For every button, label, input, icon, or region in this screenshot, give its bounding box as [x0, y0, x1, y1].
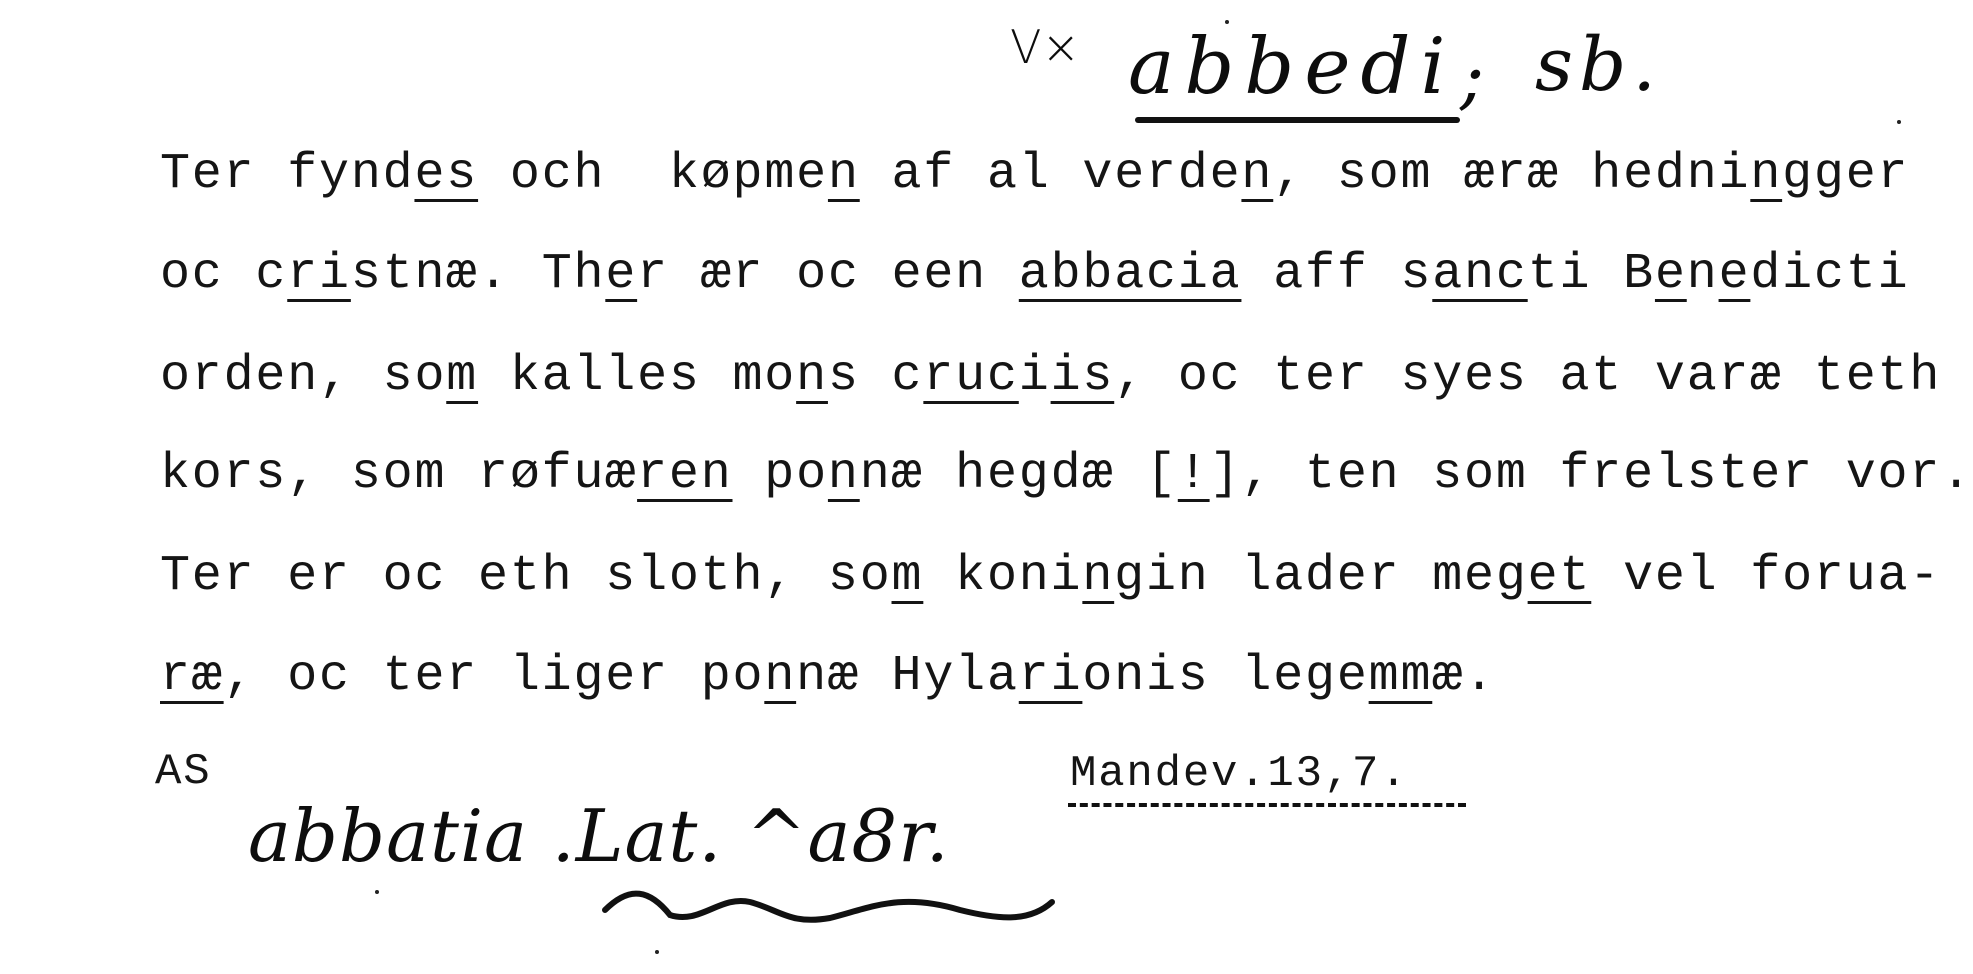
handwritten-headword: abbedi [1128, 28, 1455, 106]
underlined-segment: anc [1432, 246, 1527, 303]
text-segment: kalles mo [478, 348, 796, 405]
text-segment: s c [828, 348, 923, 405]
text-segment: næ hegdæ [ [860, 446, 1178, 503]
underlined-segment: es [414, 146, 478, 203]
underlined-segment: ! [1178, 446, 1210, 503]
underlined-segment: mm [1369, 648, 1433, 705]
text-segment: vel forua- [1591, 548, 1941, 605]
text-segment: dicti [1750, 246, 1909, 303]
underlined-segment: n [1082, 548, 1114, 605]
underlined-segment: m [892, 548, 924, 605]
text-segment: r ær oc een [637, 246, 1019, 303]
speck [1897, 120, 1901, 124]
typed-line: Ter fyndes och køpmen af al verden, som … [160, 150, 1909, 200]
headword-underline [1135, 117, 1460, 123]
underlined-segment: n [1750, 146, 1782, 203]
text-segment: næ Hyla [796, 648, 1019, 705]
text-segment: af al verde [860, 146, 1242, 203]
handwritten-etymology-note: abbatia .Lat. ^a8r. [248, 800, 950, 872]
text-segment: Ter er oc eth sloth, so [160, 548, 892, 605]
text-segment: onis lege [1082, 648, 1368, 705]
underlined-segment: e [1655, 246, 1687, 303]
text-segment: ], ten som frelster vor. [1210, 446, 1973, 503]
underlined-segment: e [1719, 246, 1751, 303]
underlined-segment: ren [637, 446, 732, 503]
underlined-segment: n [828, 446, 860, 503]
text-segment: orden, so [160, 348, 446, 405]
underlined-segment: ræ [160, 648, 224, 705]
underlined-segment: m [446, 348, 478, 405]
text-segment: , oc ter syes at varæ teth [1114, 348, 1941, 405]
underlined-segment: et [1528, 548, 1592, 605]
text-segment: , som æræ hedni [1273, 146, 1750, 203]
typed-line: kors, som røfuæren ponnæ hegdæ [!], ten … [160, 450, 1973, 500]
text-segment: stnæ. Th [351, 246, 605, 303]
part-of-speech: sb. [1535, 28, 1662, 102]
headword-punctuation: ; [1460, 40, 1484, 112]
speck [655, 950, 659, 954]
underlined-segment: abbacia [1019, 246, 1242, 303]
text-segment: ti B [1528, 246, 1655, 303]
typed-line: ræ, oc ter liger ponnæ Hylarionis legemm… [160, 652, 1496, 702]
handwritten-check-mark: V× [1010, 24, 1080, 70]
text-segment: koni [923, 548, 1082, 605]
text-segment: gin lader meg [1114, 548, 1527, 605]
speck [1225, 20, 1229, 24]
underlined-segment: ruc [923, 348, 1018, 405]
underlined-segment: e [605, 246, 637, 303]
text-segment: och køpme [478, 146, 828, 203]
underlined-segment: n [796, 348, 828, 405]
text-segment: n [1687, 246, 1719, 303]
underlined-segment: ri [1019, 648, 1083, 705]
text-segment: Ter fynd [160, 146, 414, 203]
text-segment: po [733, 446, 828, 503]
text-segment: oc c [160, 246, 287, 303]
initials: AS [155, 750, 211, 794]
wavy-underline [600, 880, 1060, 940]
text-segment: gger [1782, 146, 1909, 203]
typed-line: Ter er oc eth sloth, som koningin lader … [160, 552, 1941, 602]
text-segment: kors, som røfuæ [160, 446, 637, 503]
source-reference: Mandev.13,7. [1070, 752, 1408, 796]
underlined-segment: n [764, 648, 796, 705]
text-segment: i [1019, 348, 1051, 405]
underlined-segment: n [828, 146, 860, 203]
text-segment: , oc ter liger po [224, 648, 765, 705]
source-reference-underline [1068, 803, 1466, 807]
typed-line: orden, som kalles mons cruciis, oc ter s… [160, 352, 1941, 402]
underlined-segment: ri [287, 246, 351, 303]
underlined-segment: is [1051, 348, 1115, 405]
underlined-segment: n [1241, 146, 1273, 203]
text-segment: aff s [1241, 246, 1432, 303]
speck [375, 890, 379, 894]
typed-line: oc cristnæ. Ther ær oc een abbacia aff s… [160, 250, 1909, 300]
text-segment: æ. [1432, 648, 1496, 705]
